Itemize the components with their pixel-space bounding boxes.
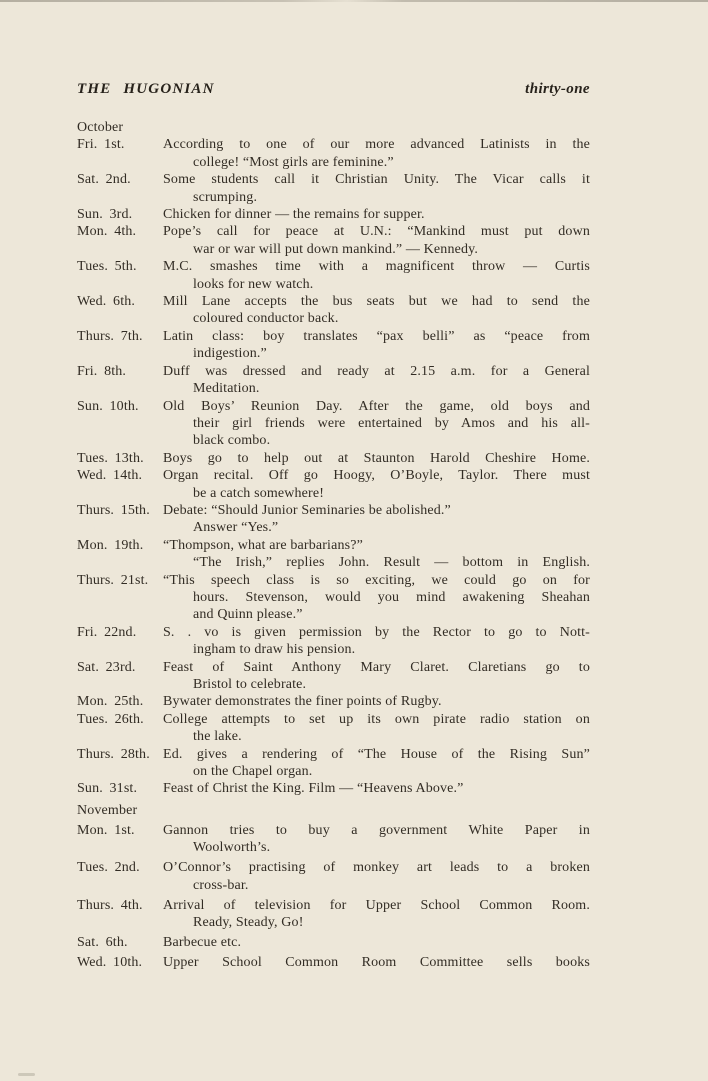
entry-text-line: and Quinn please.” [193, 606, 590, 623]
entry-text-line: Chicken for dinner — the remains for sup… [163, 206, 590, 223]
month-heading-october: October [77, 119, 590, 136]
diary-entry: Tues. 26th.College attempts to set up it… [77, 711, 590, 746]
entry-date: Thurs. 7th. [77, 328, 163, 345]
entry-date: Mon. 19th. [77, 537, 163, 554]
entry-text: According to one of our more advanced La… [163, 136, 590, 171]
diary-calendar: OctoberFri. 1st.According to one of our … [77, 119, 590, 971]
entry-text: Bywater demonstrates the finer points of… [163, 693, 590, 710]
entry-text-line: Ready, Steady, Go! [193, 914, 590, 931]
entry-date: Mon. 25th. [77, 693, 163, 710]
entry-text-line: be a catch somewhere! [193, 485, 590, 502]
entry-text: M.C. smashes time with a magnificent thr… [163, 258, 590, 293]
entry-text-line: Barbecue etc. [163, 934, 590, 951]
diary-entry: Sun. 3rd.Chicken for dinner — the remain… [77, 206, 590, 223]
entry-text: Arrival of television for Upper School C… [163, 897, 590, 932]
diary-entry: Fri. 8th.Duff was dressed and ready at 2… [77, 363, 590, 398]
entry-date: Thurs. 4th. [77, 897, 163, 914]
diary-entry: Fri. 22nd.S. . vo is given permission by… [77, 624, 590, 659]
entry-text-line: Meditation. [193, 380, 590, 397]
entry-date: Tues. 2nd. [77, 859, 163, 876]
entry-text: Upper School Common Room Committee sells… [163, 954, 590, 971]
entry-text-line: hours. Stevenson, would you mind awakeni… [193, 589, 590, 606]
diary-entry: Tues. 2nd.O’Connor’s practising of monke… [77, 859, 590, 894]
entry-text-line: Boys go to help out at Staunton Harold C… [163, 450, 590, 467]
entry-text: Duff was dressed and ready at 2.15 a.m. … [163, 363, 590, 398]
entry-text-line: “Thompson, what are barbarians?” [163, 537, 590, 554]
entry-date: Sat. 23rd. [77, 659, 163, 676]
page-number-label: thirty-one [525, 80, 590, 98]
diary-entry: Wed. 10th.Upper School Common Room Commi… [77, 954, 590, 971]
entry-date: Fri. 22nd. [77, 624, 163, 641]
month-heading-november: November [77, 802, 590, 819]
entry-date: Sun. 3rd. [77, 206, 163, 223]
entry-text-line: their girl friends were entertained by A… [193, 415, 590, 432]
entry-date: Sun. 31st. [77, 780, 163, 797]
entry-text-line: M.C. smashes time with a magnificent thr… [163, 258, 590, 275]
entry-text-line: Debate: “Should Junior Seminaries be abo… [163, 502, 590, 519]
scan-smudge-artifact [18, 1073, 35, 1076]
diary-entry: Wed. 14th.Organ recital. Off go Hoogy, O… [77, 467, 590, 502]
entry-text-line: Some students call it Christian Unity. T… [163, 171, 590, 188]
entry-text-line: Upper School Common Room Committee sells… [163, 954, 590, 971]
entry-date: Tues. 26th. [77, 711, 163, 728]
entry-date: Tues. 5th. [77, 258, 163, 275]
diary-entry: Thurs. 7th.Latin class: boy translates “… [77, 328, 590, 363]
entry-date: Fri. 8th. [77, 363, 163, 380]
entry-text-line: Latin class: boy translates “pax belli” … [163, 328, 590, 345]
entry-date: Tues. 13th. [77, 450, 163, 467]
entry-text-line: Bywater demonstrates the finer points of… [163, 693, 590, 710]
entry-text-line: cross-bar. [193, 877, 590, 894]
entry-text: Old Boys’ Reunion Day. After the game, o… [163, 398, 590, 450]
entry-text: Some students call it Christian Unity. T… [163, 171, 590, 206]
entry-date: Sat. 6th. [77, 934, 163, 951]
entry-text-line: “The Irish,” replies John. Result — bott… [193, 554, 590, 571]
diary-section-october: OctoberFri. 1st.According to one of our … [77, 119, 590, 798]
entry-text: “This speech class is so exciting, we co… [163, 572, 590, 624]
diary-entry: Wed. 6th.Mill Lane accepts the bus seats… [77, 293, 590, 328]
scan-edge-artifact [0, 0, 708, 2]
entry-text-line: war or war will put down mankind.” — Ken… [193, 241, 590, 258]
entry-text-line: Answer “Yes.” [193, 519, 590, 536]
entry-text: Boys go to help out at Staunton Harold C… [163, 450, 590, 467]
entry-text: Ed. gives a rendering of “The House of t… [163, 746, 590, 781]
entry-date: Wed. 6th. [77, 293, 163, 310]
entry-date: Mon. 1st. [77, 822, 163, 839]
entry-date: Thurs. 15th. [77, 502, 163, 519]
diary-entry: Sun. 10th.Old Boys’ Reunion Day. After t… [77, 398, 590, 450]
diary-entry: Sat. 23rd.Feast of Saint Anthony Mary Cl… [77, 659, 590, 694]
entry-text: “Thompson, what are barbarians?”“The Iri… [163, 537, 590, 572]
entry-text: Mill Lane accepts the bus seats but we h… [163, 293, 590, 328]
entry-text-line: ingham to draw his pension. [193, 641, 590, 658]
entry-text-line: scrumping. [193, 189, 590, 206]
entry-date: Sun. 10th. [77, 398, 163, 415]
entry-text-line: black combo. [193, 432, 590, 449]
page-header: THE HUGONIAN thirty-one [77, 80, 590, 98]
entry-text-line: According to one of our more advanced La… [163, 136, 590, 153]
entry-date: Fri. 1st. [77, 136, 163, 153]
entry-text-line: the lake. [193, 728, 590, 745]
entry-text-line: Pope’s call for peace at U.N.: “Mankind … [163, 223, 590, 240]
entry-text: Organ recital. Off go Hoogy, O’Boyle, Ta… [163, 467, 590, 502]
entry-text-line: Bristol to celebrate. [193, 676, 590, 693]
entry-text-line: S. . vo is given permission by the Recto… [163, 624, 590, 641]
entry-text-line: indigestion.” [193, 345, 590, 362]
diary-entry: Sat. 2nd.Some students call it Christian… [77, 171, 590, 206]
entry-text: Chicken for dinner — the remains for sup… [163, 206, 590, 223]
diary-entry: Thurs. 28th.Ed. gives a rendering of “Th… [77, 746, 590, 781]
entry-text: Debate: “Should Junior Seminaries be abo… [163, 502, 590, 537]
diary-entry: Mon. 19th.“Thompson, what are barbarians… [77, 537, 590, 572]
entry-text: Pope’s call for peace at U.N.: “Mankind … [163, 223, 590, 258]
entry-text: Gannon tries to buy a government White P… [163, 822, 590, 857]
entry-text: S. . vo is given permission by the Recto… [163, 624, 590, 659]
entry-text-line: coloured conductor back. [193, 310, 590, 327]
entry-date: Mon. 4th. [77, 223, 163, 240]
diary-entry: Sun. 31st.Feast of Christ the King. Film… [77, 780, 590, 797]
diary-entry: Tues. 5th.M.C. smashes time with a magni… [77, 258, 590, 293]
entry-text-line: Woolworth’s. [193, 839, 590, 856]
entry-text-line: looks for new watch. [193, 276, 590, 293]
diary-section-november: NovemberMon. 1st.Gannon tries to buy a g… [77, 802, 590, 972]
journal-title: THE HUGONIAN [77, 80, 215, 98]
entry-text: O’Connor’s practising of monkey art lead… [163, 859, 590, 894]
entry-text-line: Duff was dressed and ready at 2.15 a.m. … [163, 363, 590, 380]
diary-entry: Thurs. 15th.Debate: “Should Junior Semin… [77, 502, 590, 537]
entry-text-line: O’Connor’s practising of monkey art lead… [163, 859, 590, 876]
entry-date: Wed. 10th. [77, 954, 163, 971]
magazine-page: { "page": { "header": { "title": "THE HU… [0, 0, 708, 1081]
entry-text-line: Arrival of television for Upper School C… [163, 897, 590, 914]
entry-text-line: Organ recital. Off go Hoogy, O’Boyle, Ta… [163, 467, 590, 484]
entry-text: Feast of Saint Anthony Mary Claret. Clar… [163, 659, 590, 694]
diary-entry: Mon. 1st.Gannon tries to buy a governmen… [77, 822, 590, 857]
entry-text-line: college! “Most girls are feminine.” [193, 154, 590, 171]
diary-entry: Mon. 4th.Pope’s call for peace at U.N.: … [77, 223, 590, 258]
entry-text-line: College attempts to set up its own pirat… [163, 711, 590, 728]
entry-text-line: Gannon tries to buy a government White P… [163, 822, 590, 839]
entry-date: Thurs. 21st. [77, 572, 163, 589]
entry-text: Latin class: boy translates “pax belli” … [163, 328, 590, 363]
entry-text: College attempts to set up its own pirat… [163, 711, 590, 746]
entry-text-line: Mill Lane accepts the bus seats but we h… [163, 293, 590, 310]
entry-text: Barbecue etc. [163, 934, 590, 951]
diary-entry: Mon. 25th.Bywater demonstrates the finer… [77, 693, 590, 710]
entry-text-line: Old Boys’ Reunion Day. After the game, o… [163, 398, 590, 415]
entry-text-line: Feast of Saint Anthony Mary Claret. Clar… [163, 659, 590, 676]
diary-entry: Tues. 13th.Boys go to help out at Staunt… [77, 450, 590, 467]
entry-text: Feast of Christ the King. Film — “Heaven… [163, 780, 590, 797]
entry-date: Thurs. 28th. [77, 746, 163, 763]
entry-text-line: Feast of Christ the King. Film — “Heaven… [163, 780, 590, 797]
entry-date: Sat. 2nd. [77, 171, 163, 188]
entry-text-line: Ed. gives a rendering of “The House of t… [163, 746, 590, 763]
entry-text-line: on the Chapel organ. [193, 763, 590, 780]
diary-entry: Thurs. 4th.Arrival of television for Upp… [77, 897, 590, 932]
entry-date: Wed. 14th. [77, 467, 163, 484]
diary-entry: Fri. 1st.According to one of our more ad… [77, 136, 590, 171]
entry-text-line: “This speech class is so exciting, we co… [163, 572, 590, 589]
diary-entry: Thurs. 21st.“This speech class is so exc… [77, 572, 590, 624]
diary-entry: Sat. 6th.Barbecue etc. [77, 934, 590, 951]
